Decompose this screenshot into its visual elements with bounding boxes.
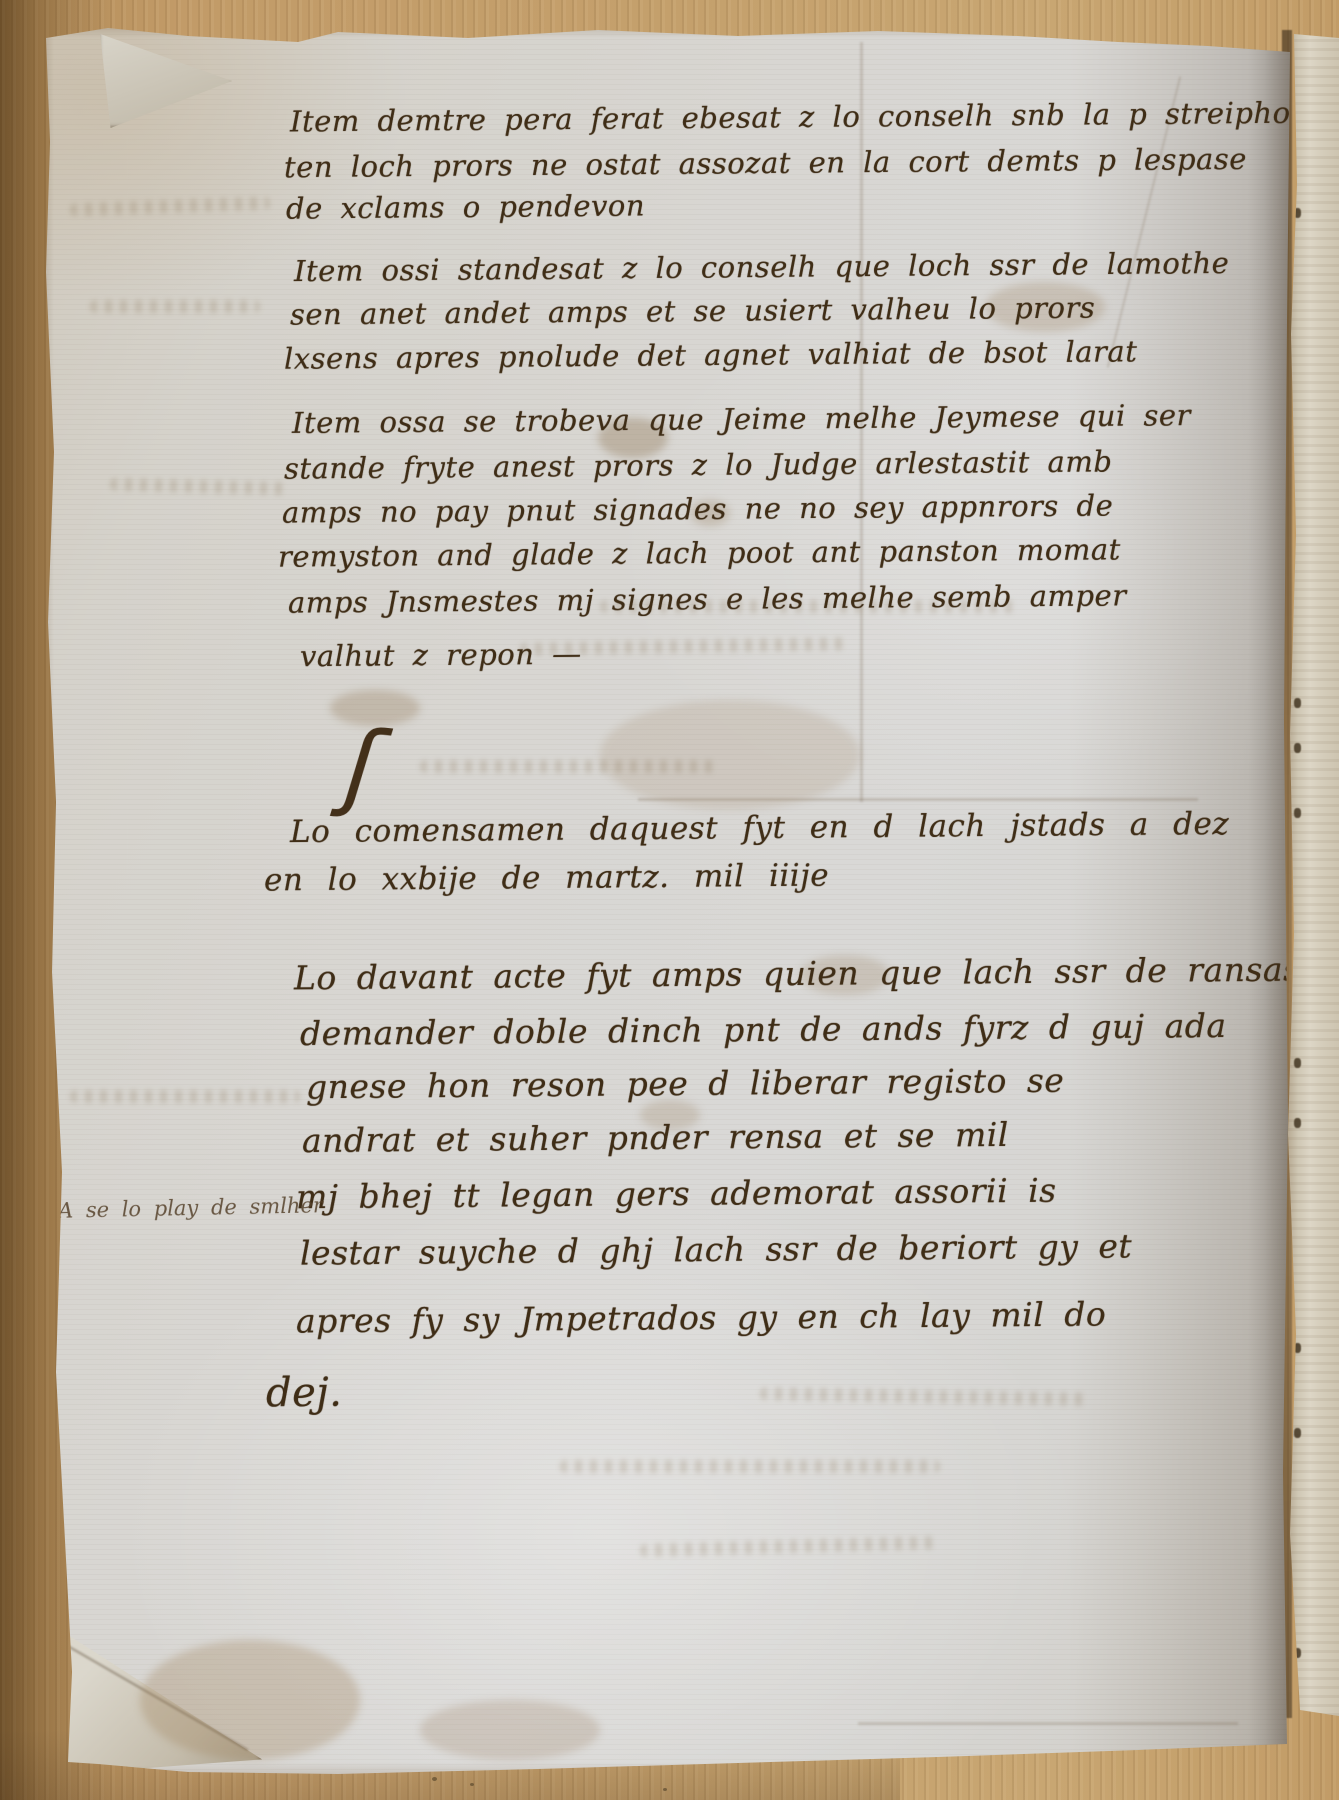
text-line: lestar suyche d ghj lach ssr de beriort …	[300, 1226, 1132, 1272]
text-line: sen anet andet amps et se usiert valheu …	[290, 290, 1096, 331]
text-line: en lo xxbije de martz. mil iiije	[264, 858, 829, 899]
sewing-stitch	[1294, 1058, 1301, 1068]
gutter-shading	[38, 22, 1290, 1780]
text-line: andrat et suher pnder rensa et se mil	[302, 1115, 1009, 1160]
paper-debris	[663, 1788, 667, 1791]
manuscript-page: Item demtre pera ferat ebesat z lo conse…	[38, 22, 1290, 1780]
sewing-stitch	[1294, 698, 1301, 708]
horizontal-fold-crease	[858, 1722, 1238, 1725]
manuscript-photo: Item demtre pera ferat ebesat z lo conse…	[0, 0, 1339, 1800]
text-line: amps no pay pnut signades ne no sey appn…	[282, 488, 1113, 529]
paper-debris	[432, 1777, 437, 1781]
damp-stain	[420, 1700, 600, 1760]
ink-stain	[600, 700, 860, 810]
sewing-stitch	[1294, 743, 1301, 753]
text-line: dej.	[266, 1370, 343, 1417]
sewing-stitch	[1294, 808, 1301, 818]
bleed-through-text	[90, 300, 260, 313]
damp-stain	[140, 1640, 360, 1760]
text-line: valhut z repon —	[300, 637, 582, 673]
text-line: de xclams o pendevon	[286, 188, 645, 225]
text-line: gnese hon reson pee d liberar registo se	[306, 1061, 1065, 1107]
bleed-through-text	[420, 760, 720, 773]
text-line: stande fryte anest prors z lo Judge arle…	[284, 444, 1113, 485]
text-line: mj bhej tt legan gers ademorat assorii i…	[296, 1171, 1057, 1217]
sewing-stitch	[1294, 1118, 1301, 1128]
bleed-through-text	[70, 1090, 300, 1103]
text-line: demander doble dinch pnt de ands fyrz d …	[300, 1006, 1227, 1053]
sewing-stitch	[1294, 1428, 1301, 1438]
text-line: apres fy sy Jmpetrados gy en ch lay mil …	[296, 1294, 1107, 1340]
paper-debris	[470, 1783, 474, 1786]
bleed-through-text	[560, 1460, 940, 1473]
adjacent-folio-edge	[1288, 34, 1339, 1716]
